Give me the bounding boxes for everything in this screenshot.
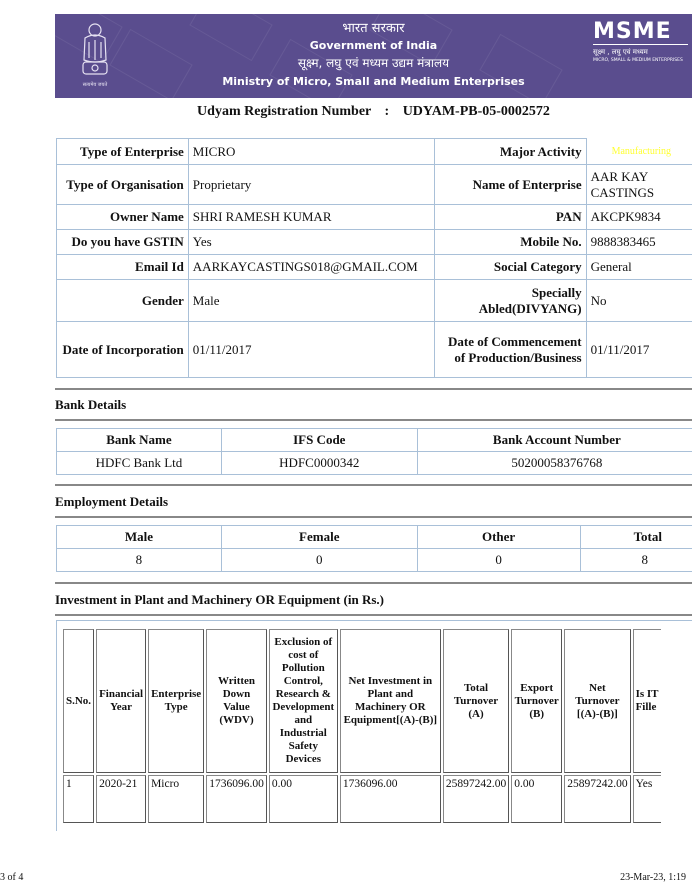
detail-value: 01/11/2017 bbox=[188, 322, 434, 378]
account-number-cell: 50200058376768 bbox=[417, 452, 692, 475]
page-number: 3 of 4 bbox=[0, 872, 23, 883]
registration-number: Udyam Registration Number : UDYAM-PB-05-… bbox=[55, 104, 692, 120]
table-row: Date of Incorporation 01/11/2017 Date of… bbox=[57, 322, 692, 378]
registration-label: Udyam Registration Number bbox=[197, 104, 371, 119]
registration-value: UDYAM-PB-05-0002572 bbox=[403, 104, 550, 119]
cell: Yes bbox=[633, 775, 661, 823]
table-row: Type of Organisation Proprietary Name of… bbox=[57, 165, 692, 205]
other-count: 0 bbox=[417, 549, 580, 572]
female-count: 0 bbox=[221, 549, 417, 572]
column-header: Is ITFille bbox=[633, 629, 661, 773]
detail-value: MICRO bbox=[188, 139, 434, 165]
male-count: 8 bbox=[57, 549, 222, 572]
print-timestamp: 23-Mar-23, 1:19 bbox=[620, 872, 686, 883]
cell: 2020-21 bbox=[96, 775, 146, 823]
column-header: Exclusion of cost of Pollution Control, … bbox=[269, 629, 338, 773]
column-header: Net Investment in Plant and Machinery OR… bbox=[340, 629, 441, 773]
table-row: Type of Enterprise MICRO Major Activity … bbox=[57, 139, 692, 165]
detail-value: AARKAYCASTINGS018@GMAIL.COM bbox=[188, 255, 434, 280]
table-row: Owner Name SHRI RAMESH KUMAR PAN AKCPK98… bbox=[57, 205, 692, 230]
enterprise-details-table: Type of Enterprise MICRO Major Activity … bbox=[56, 138, 692, 378]
detail-label: Type of Organisation bbox=[57, 165, 189, 205]
column-header: Net Turnover [(A)-(B)] bbox=[564, 629, 630, 773]
divider bbox=[55, 582, 692, 584]
cell: 1736096.00 bbox=[206, 775, 267, 823]
cell: Micro bbox=[148, 775, 204, 823]
detail-label: Major Activity bbox=[434, 139, 586, 165]
detail-label: Date of Incorporation bbox=[57, 322, 189, 378]
cell: 1 bbox=[63, 775, 94, 823]
column-header: Enterprise Type bbox=[148, 629, 204, 773]
detail-value: No bbox=[586, 280, 692, 322]
total-count: 8 bbox=[580, 549, 692, 572]
bank-details-table: Bank Name IFS Code Bank Account Number H… bbox=[56, 428, 692, 475]
major-activity-value: Manufacturing bbox=[612, 146, 671, 157]
detail-value: Proprietary bbox=[188, 165, 434, 205]
registration-separator: : bbox=[385, 104, 390, 119]
table-row: Gender Male Specially Abled(DIVYANG) No bbox=[57, 280, 692, 322]
detail-label: Specially Abled(DIVYANG) bbox=[434, 280, 586, 322]
divider bbox=[55, 419, 692, 421]
table-row: 1 2020-21 Micro 1736096.00 0.00 1736096.… bbox=[63, 775, 661, 823]
column-header: Total bbox=[580, 526, 692, 549]
detail-label: Social Category bbox=[434, 255, 586, 280]
cell: 25897242.00 bbox=[443, 775, 509, 823]
column-header: S.No. bbox=[63, 629, 94, 773]
divider bbox=[55, 516, 692, 518]
detail-label: Owner Name bbox=[57, 205, 189, 230]
employment-details-heading: Employment Details bbox=[55, 494, 692, 510]
detail-label: Date of Commencement of Production/Busin… bbox=[434, 322, 586, 378]
ifs-code-cell: HDFC0000342 bbox=[221, 452, 417, 475]
investment-table-container: S.No. Financial Year Enterprise Type Wri… bbox=[56, 620, 692, 831]
column-header: Female bbox=[221, 526, 417, 549]
detail-value: General bbox=[586, 255, 692, 280]
investment-table: S.No. Financial Year Enterprise Type Wri… bbox=[61, 627, 663, 825]
detail-label: Email Id bbox=[57, 255, 189, 280]
detail-value: AAR KAY CASTINGS bbox=[586, 165, 692, 205]
detail-value: 9888383465 bbox=[586, 230, 692, 255]
ministry-name: Ministry of Micro, Small and Medium Ente… bbox=[55, 73, 692, 90]
msme-logo: MSME सूक्ष्म , लघु एवं मध्यम MICRO, SMAL… bbox=[593, 20, 692, 64]
column-header: IFS Code bbox=[221, 429, 417, 452]
ministry-banner: सत्यमेव जयते भारत सरकार Government of In… bbox=[55, 14, 692, 98]
table-header-row: S.No. Financial Year Enterprise Type Wri… bbox=[63, 629, 661, 773]
detail-value: 01/11/2017 bbox=[586, 322, 692, 378]
detail-value: Yes bbox=[188, 230, 434, 255]
column-header: Bank Account Number bbox=[417, 429, 692, 452]
column-header: Written Down Value (WDV) bbox=[206, 629, 267, 773]
table-row: Email Id AARKAYCASTINGS018@GMAIL.COM Soc… bbox=[57, 255, 692, 280]
column-header: Male bbox=[57, 526, 222, 549]
detail-label: Mobile No. bbox=[434, 230, 586, 255]
detail-label: PAN bbox=[434, 205, 586, 230]
detail-label: Name of Enterprise bbox=[434, 165, 586, 205]
employment-details-table: Male Female Other Total 8 0 0 8 bbox=[56, 525, 692, 572]
bank-details-heading: Bank Details bbox=[55, 397, 692, 413]
table-row: Do you have GSTIN Yes Mobile No. 9888383… bbox=[57, 230, 692, 255]
column-header: Bank Name bbox=[57, 429, 222, 452]
detail-label: Do you have GSTIN bbox=[57, 230, 189, 255]
column-header: Total Turnover (A) bbox=[443, 629, 509, 773]
detail-label: Gender bbox=[57, 280, 189, 322]
column-header: Export Turnover (B) bbox=[511, 629, 562, 773]
msme-logo-hindi: सूक्ष्म , लघु एवं मध्यम bbox=[593, 47, 692, 57]
cell: 0.00 bbox=[269, 775, 338, 823]
table-row: 8 0 0 8 bbox=[57, 549, 692, 572]
table-row: HDFC Bank Ltd HDFC0000342 50200058376768 bbox=[57, 452, 692, 475]
column-header: Other bbox=[417, 526, 580, 549]
bank-name-cell: HDFC Bank Ltd bbox=[57, 452, 222, 475]
divider bbox=[55, 388, 692, 390]
table-header-row: Bank Name IFS Code Bank Account Number bbox=[57, 429, 692, 452]
detail-value: Male bbox=[188, 280, 434, 322]
investment-heading: Investment in Plant and Machinery OR Equ… bbox=[55, 592, 692, 608]
msme-logo-mark: MSME bbox=[593, 20, 688, 45]
divider bbox=[55, 614, 692, 616]
cell: 0.00 bbox=[511, 775, 562, 823]
table-header-row: Male Female Other Total bbox=[57, 526, 692, 549]
cell: 25897242.00 bbox=[564, 775, 630, 823]
divider bbox=[55, 484, 692, 486]
detail-label: Type of Enterprise bbox=[57, 139, 189, 165]
msme-logo-english: MICRO, SMALL & MEDIUM ENTERPRISES bbox=[593, 57, 692, 64]
column-header: Financial Year bbox=[96, 629, 146, 773]
detail-value: SHRI RAMESH KUMAR bbox=[188, 205, 434, 230]
cell: 1736096.00 bbox=[340, 775, 441, 823]
detail-value: AKCPK9834 bbox=[586, 205, 692, 230]
